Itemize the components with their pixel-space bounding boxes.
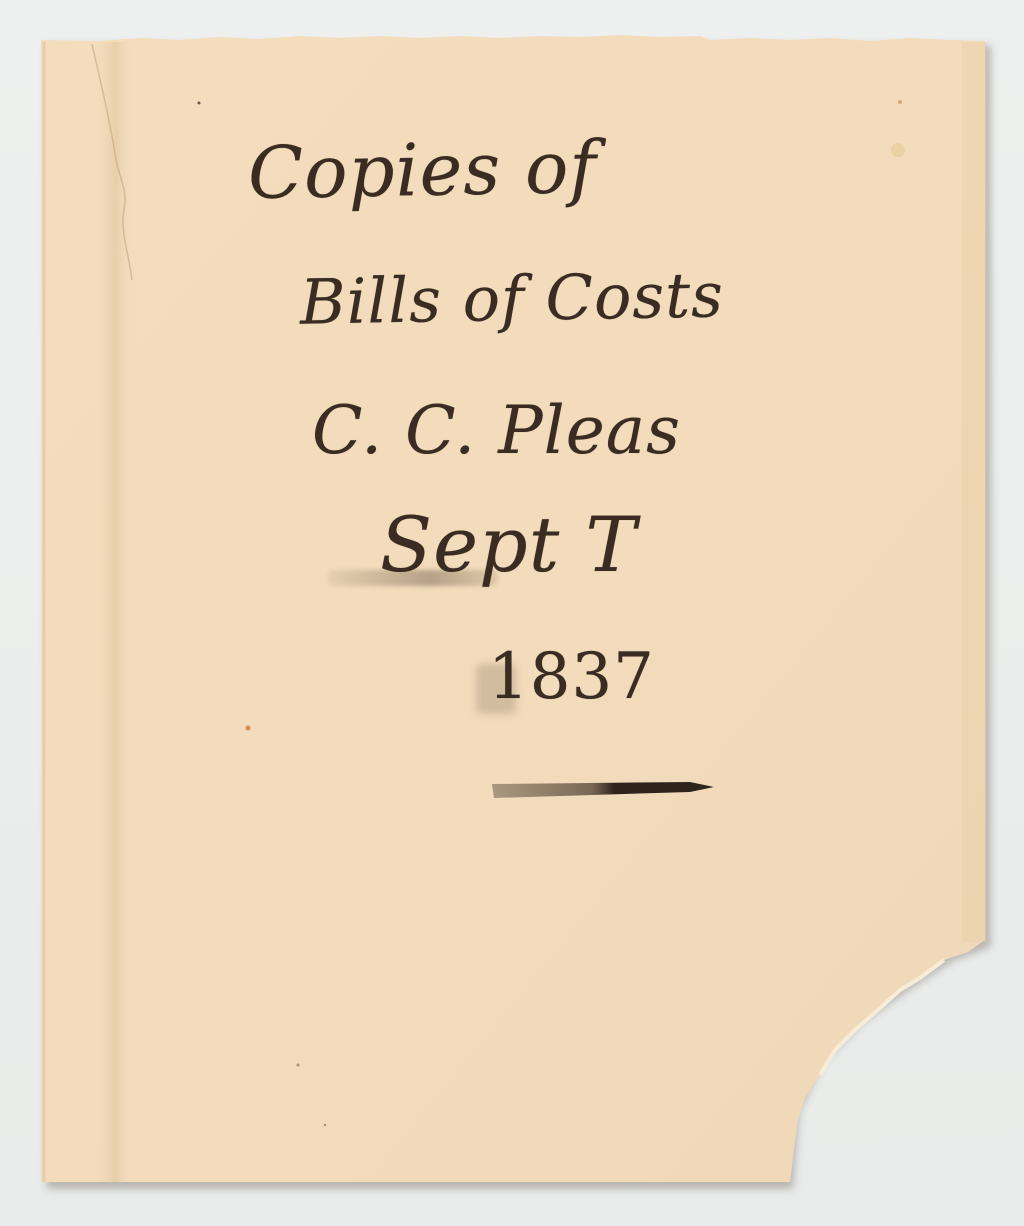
handwriting-line-court-pleas: C. C. Pleas xyxy=(312,392,681,469)
scan-background: Copies of Bills of Costs C. C. Pleas Sep… xyxy=(0,0,1024,1226)
handwriting-line-sept-term: Sept T xyxy=(380,500,637,589)
handwriting-line-year: 1837 xyxy=(488,640,655,714)
handwriting-line-copies-of: Copies of xyxy=(247,125,597,215)
handwriting-line-bills-of-costs: Bills of Costs xyxy=(299,258,724,338)
